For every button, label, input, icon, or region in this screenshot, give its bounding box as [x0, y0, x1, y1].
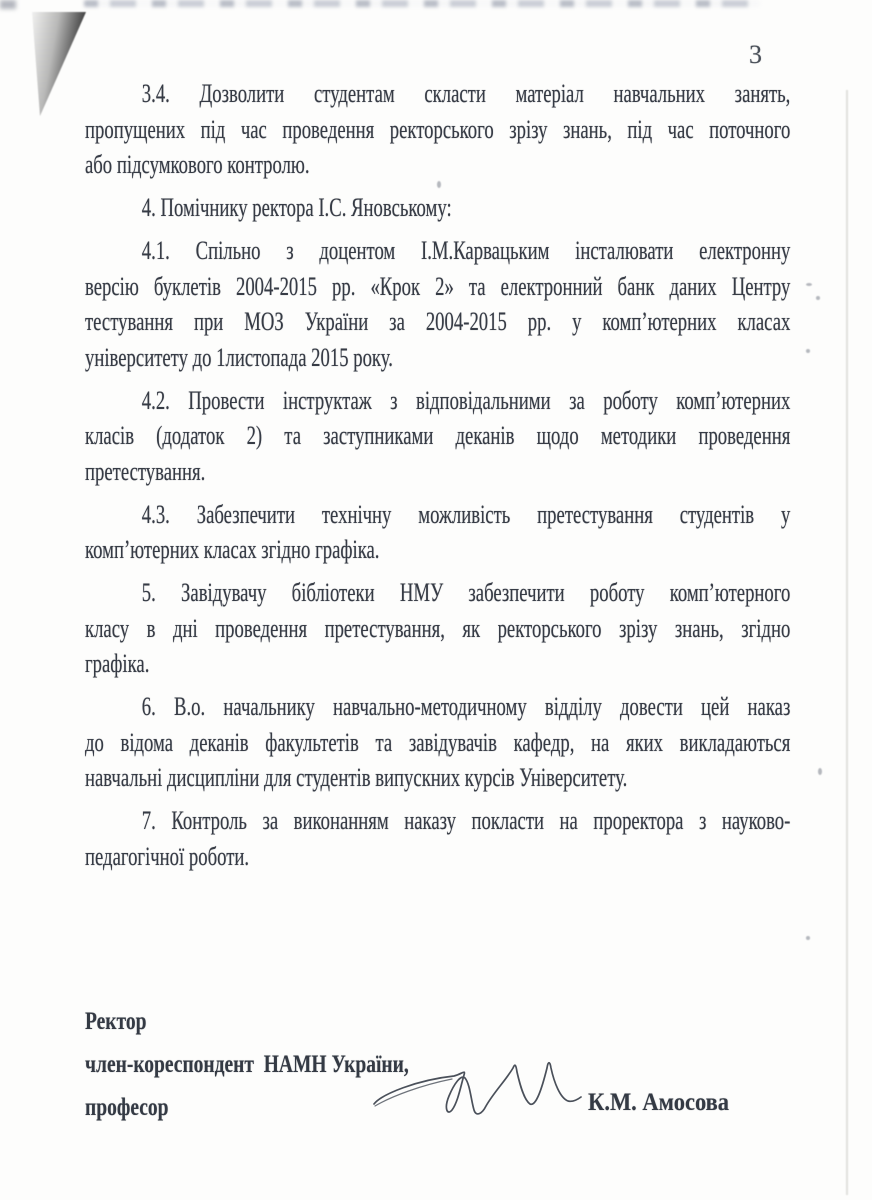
text-line: класів (додаток 2) та заступниками декан…	[85, 418, 790, 454]
text-line: навчальні дисципліни для студентів випус…	[85, 760, 790, 796]
paragraph: 4.1. Спільно з доцентом І.М.Карвацьким і…	[85, 233, 790, 375]
paragraph: 4. Помічнику ректора І.С. Яновському:	[85, 190, 790, 226]
text-line: до відома деканів факультетів та завідув…	[85, 725, 790, 761]
scan-speck	[806, 283, 812, 286]
text-line: 5. Завідувачу бібліотеки НМУ забезпечити…	[85, 575, 790, 611]
rector-signature	[362, 1040, 584, 1148]
scanned-document-page: 3 3.4. Дозволити студентам скласти матер…	[0, 0, 872, 1200]
text-line: класу в дні проведення претестування, як…	[85, 611, 790, 647]
text-line: педагогічної роботи.	[85, 839, 790, 875]
scan-line-artifact	[846, 90, 848, 1195]
scan-speck	[437, 181, 441, 188]
scan-top-edge-artifact	[84, 0, 760, 7]
text-line: 4.3. Забезпечити технічну можливість пре…	[85, 497, 790, 533]
text-line: 3.4. Дозволити студентам скласти матеріа…	[85, 76, 790, 112]
paragraph: 6. В.о. начальнику навчально-методичному…	[85, 689, 790, 796]
text-line: претестування.	[85, 454, 790, 490]
scan-speck	[806, 349, 810, 353]
page-number: 3	[749, 40, 762, 70]
paragraph: 7. Контроль за виконанням наказу покласт…	[85, 803, 790, 874]
text-line: тестування при МОЗ України за 2004-2015 …	[85, 304, 790, 340]
text-line: 4.1. Спільно з доцентом І.М.Карвацьким і…	[85, 233, 790, 269]
paragraph: 5. Завідувачу бібліотеки НМУ забезпечити…	[85, 575, 790, 682]
paragraph: 4.3. Забезпечити технічну можливість пре…	[85, 497, 790, 568]
text-line: або підсумкового контролю.	[85, 147, 790, 183]
text-line: 4. Помічнику ректора І.С. Яновському:	[85, 190, 790, 226]
text-line: пропущених під час проведення ректорсько…	[85, 112, 790, 148]
scan-speck	[816, 296, 820, 300]
text-line: графіка.	[85, 646, 790, 682]
text-line: 4.2. Провести інструктаж з відповідальни…	[85, 383, 790, 419]
scan-speck	[818, 768, 822, 775]
text-line: університету до 1листопада 2015 року.	[85, 340, 790, 376]
document-body: 3.4. Дозволити студентам скласти матеріа…	[85, 76, 790, 882]
paragraph: 3.4. Дозволити студентам скласти матеріа…	[85, 76, 790, 183]
text-line: версію буклетів 2004-2015 рр. «Крок 2» т…	[85, 269, 790, 305]
scan-speck	[806, 936, 810, 940]
signatory-name: К.М. Амосова	[588, 1089, 729, 1117]
text-line: 7. Контроль за виконанням наказу покласт…	[85, 803, 790, 839]
signature-label: Ректор	[85, 1000, 569, 1043]
paragraph: 4.2. Провести інструктаж з відповідальни…	[85, 383, 790, 490]
text-line: 6. В.о. начальнику навчально-методичному…	[85, 689, 790, 725]
text-line: комп’ютерних класах згідно графіка.	[85, 532, 790, 568]
